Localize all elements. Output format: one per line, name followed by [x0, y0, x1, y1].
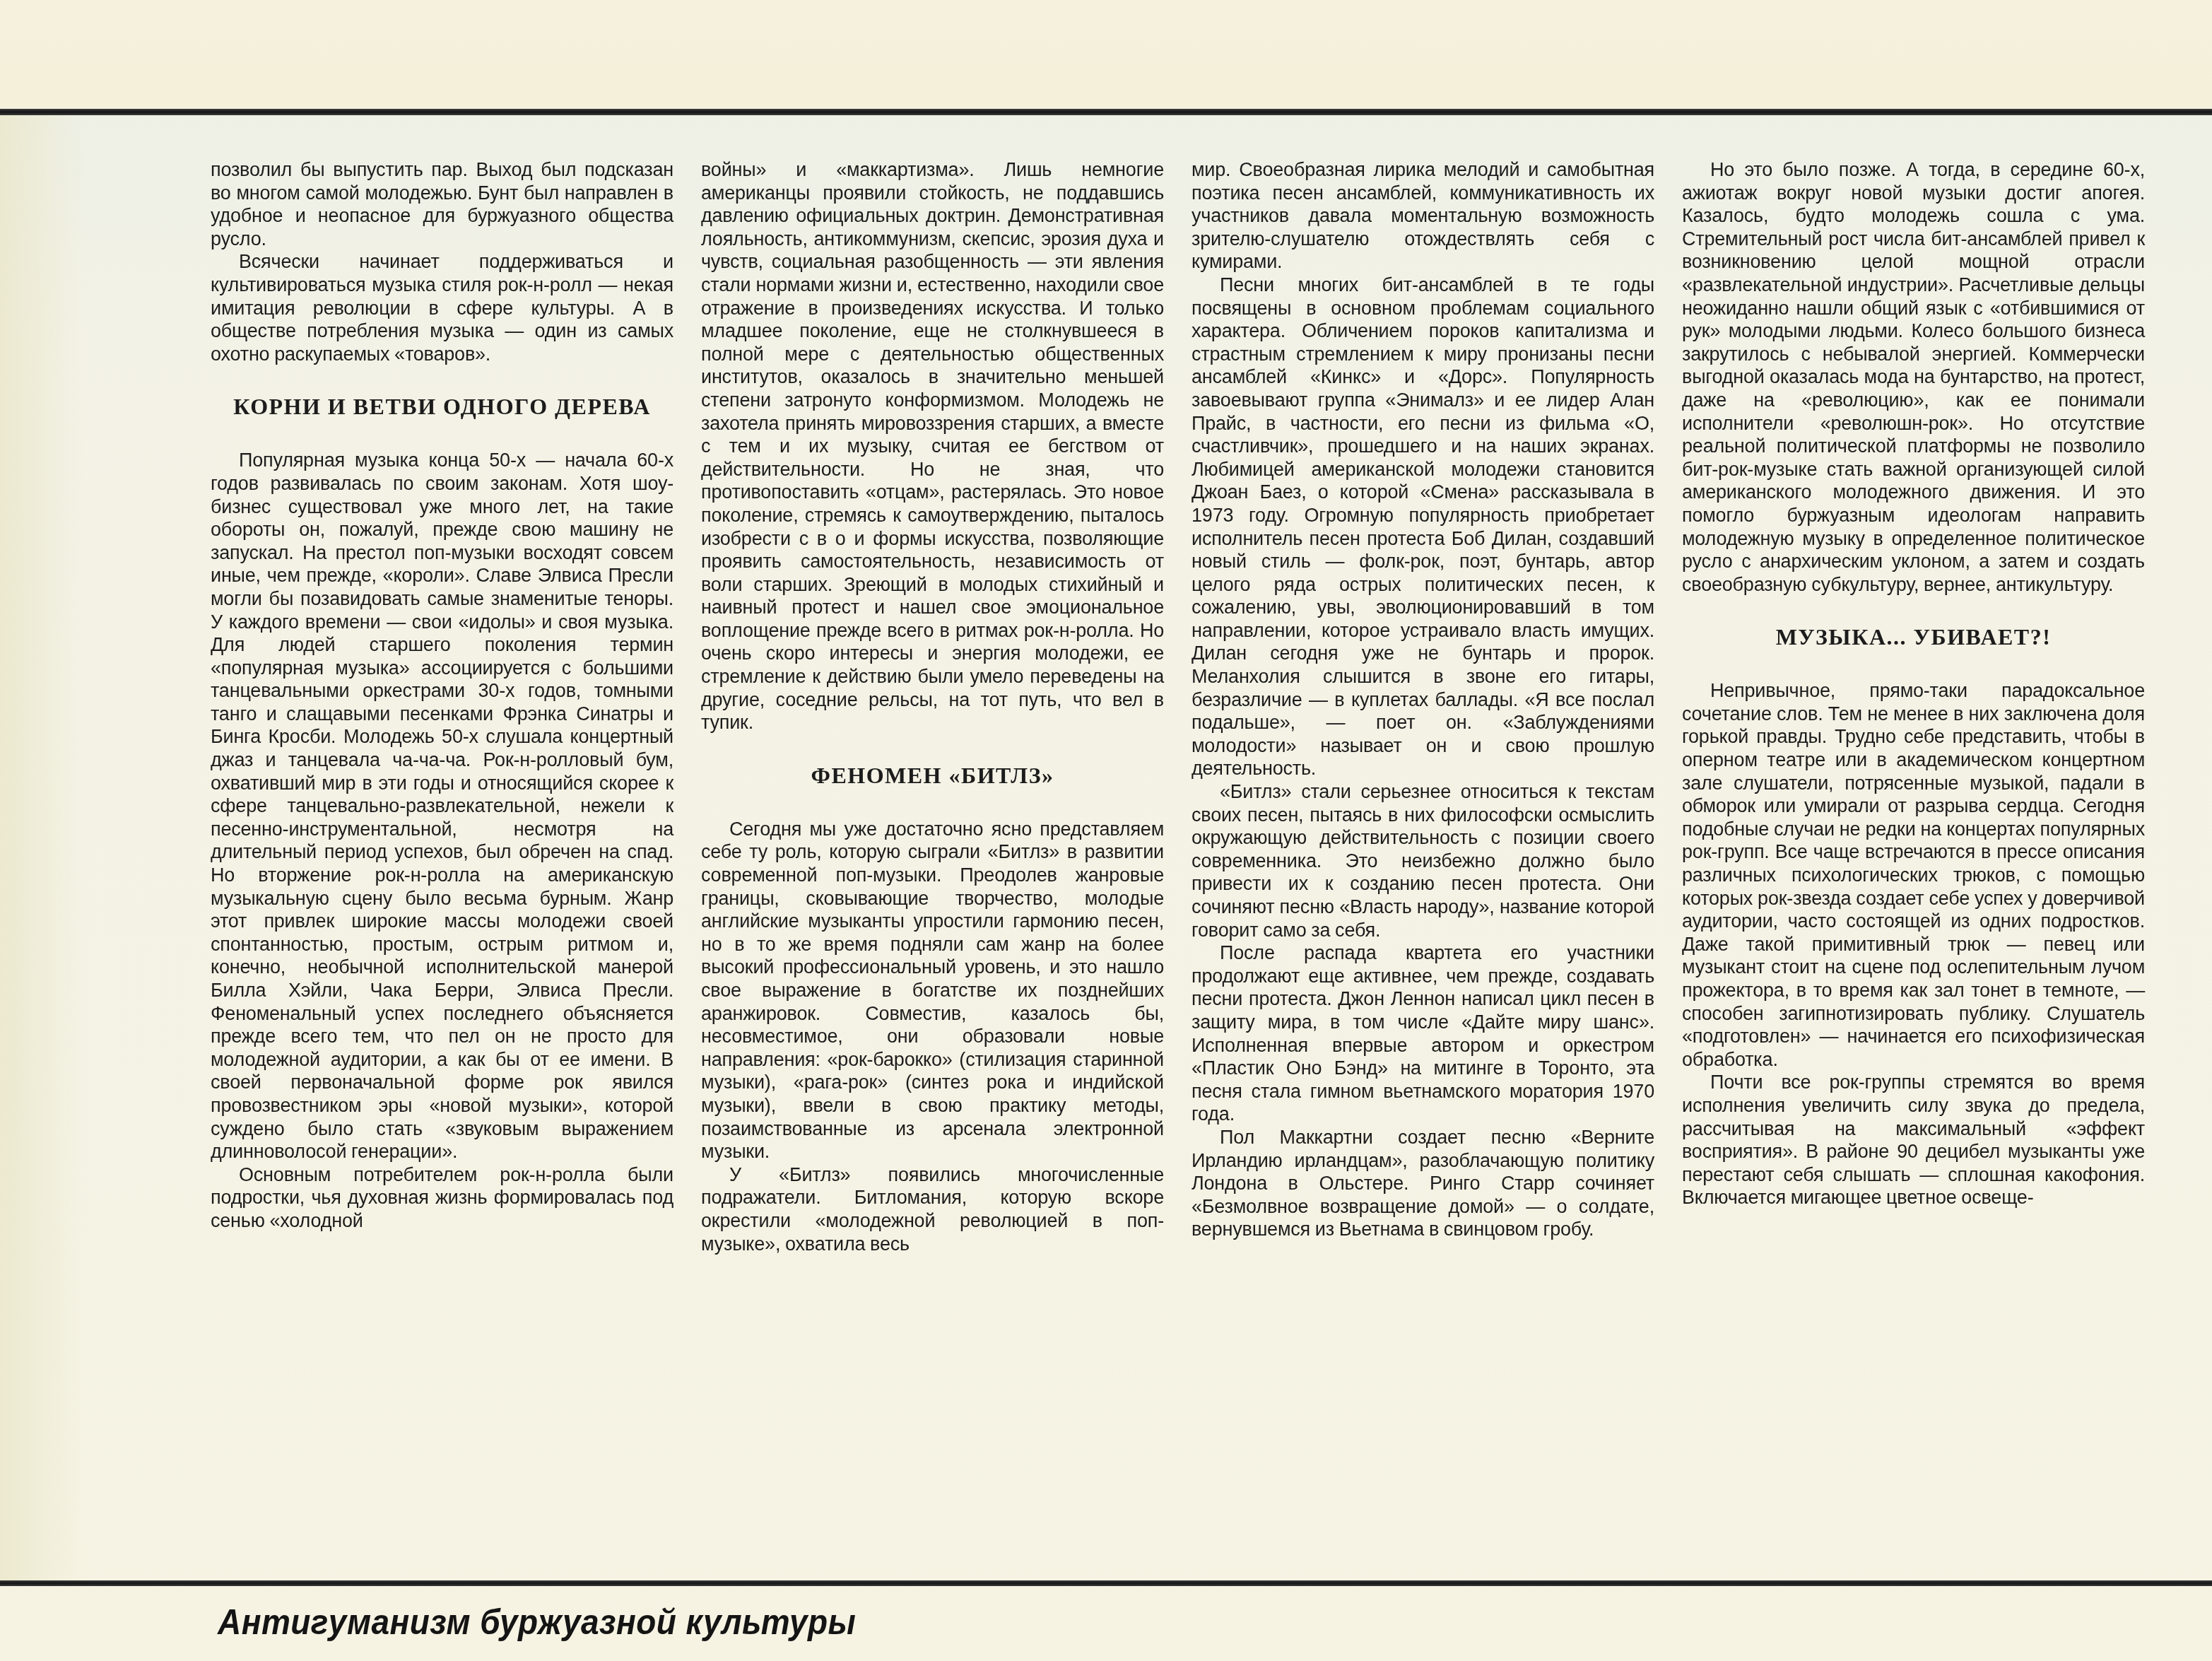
paragraph: После распада квартета его участники про… [1192, 941, 1654, 1126]
paragraph: Почти все рок-группы стремятся во время … [1682, 1071, 2145, 1209]
paragraph: Популярная музыка конца 50-х — начала 60… [211, 449, 673, 1163]
paragraph: Песни многих бит-ансамблей в те годы пос… [1192, 274, 1654, 780]
top-rule-divider [0, 109, 2212, 115]
section-heading: Корни и ветви одного дерева [211, 394, 673, 419]
article-body: позволил бы выпустить пар. Выход был под… [211, 158, 2146, 1565]
paragraph: Но это было позже. А тогда, в середине 6… [1682, 158, 2145, 596]
paragraph: Всячески начинает поддерживаться и культ… [211, 250, 673, 365]
paragraph: Пол Маккартни создает песню «Верните Ирл… [1192, 1126, 1654, 1241]
column-3: мир. Своеобразная лирика мелодий и самоб… [1192, 158, 1654, 1565]
paragraph: «Битлз» стали серьезнее относиться к тек… [1192, 780, 1654, 941]
paragraph: У «Битлз» появились многочисленные подра… [701, 1163, 1164, 1255]
paragraph: Основным потребителем рок-н-ролла были п… [211, 1163, 673, 1233]
paragraph: Сегодня мы уже достаточно ясно представл… [701, 818, 1164, 1163]
paragraph: войны» и «маккартизма». Лишь немногие ам… [701, 158, 1164, 734]
paragraph: мир. Своеобразная лирика мелодий и самоб… [1192, 158, 1654, 274]
running-footer-title: Антигуманизм буржуазной культуры [218, 1602, 856, 1643]
paragraph: Непривычное, прямо-таки парадоксальное с… [1682, 679, 2145, 1071]
column-4: Но это было позже. А тогда, в середине 6… [1682, 158, 2145, 1565]
section-heading: Феномен «Битлз» [701, 763, 1164, 788]
bottom-rule-divider [0, 1580, 2212, 1586]
column-1: позволил бы выпустить пар. Выход был под… [211, 158, 673, 1565]
section-heading: Музыка... убивает?! [1682, 624, 2145, 650]
page-edge-shade [0, 113, 85, 1583]
column-2: войны» и «маккартизма». Лишь немногие ам… [701, 158, 1164, 1565]
paragraph: позволил бы выпустить пар. Выход был под… [211, 158, 673, 250]
